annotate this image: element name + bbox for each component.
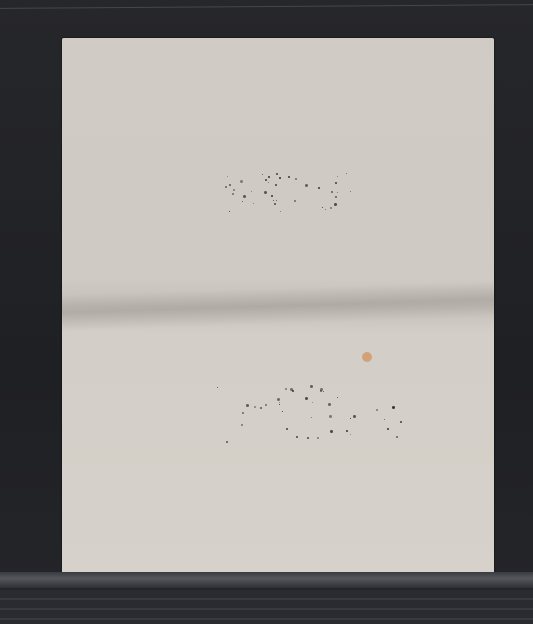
- ink-speck: [307, 437, 309, 439]
- ink-speck: [268, 182, 269, 183]
- ink-speck: [335, 182, 337, 184]
- rust-spot: [362, 352, 372, 362]
- ink-speck: [276, 200, 277, 201]
- ink-speck: [265, 179, 267, 181]
- ink-speck: [317, 437, 319, 439]
- ink-speck: [350, 418, 351, 419]
- stamp-back: [62, 38, 494, 574]
- ink-speck: [320, 390, 322, 392]
- ink-speck: [227, 176, 228, 177]
- ink-speck: [262, 174, 263, 175]
- ink-speck: [242, 412, 244, 414]
- ink-speck: [329, 415, 332, 418]
- ink-speck: [337, 192, 338, 193]
- ink-speck: [288, 176, 290, 178]
- ink-speck: [305, 397, 308, 400]
- ink-speck: [264, 191, 267, 194]
- mount-bottom-ledge: [0, 572, 533, 588]
- ink-speck: [253, 203, 254, 204]
- ink-speck: [240, 180, 243, 183]
- ink-speck: [251, 191, 252, 192]
- ink-speck: [331, 191, 333, 193]
- ink-speck: [275, 184, 277, 186]
- ink-speck: [277, 398, 280, 401]
- ink-speck: [328, 403, 331, 406]
- ink-speck: [233, 189, 235, 191]
- ink-speck: [350, 191, 351, 192]
- ink-speck: [243, 195, 246, 198]
- horizontal-fold: [62, 281, 494, 331]
- ink-speck: [312, 402, 313, 403]
- ink-speck: [282, 411, 283, 412]
- ink-speck: [286, 428, 288, 430]
- ink-speck: [310, 385, 313, 388]
- ink-speck: [229, 184, 231, 186]
- ink-speck: [265, 404, 267, 406]
- ink-speck: [337, 397, 338, 398]
- ink-speck: [296, 436, 298, 438]
- ink-speck: [337, 176, 338, 177]
- ink-speck: [274, 203, 276, 205]
- ink-speck: [217, 387, 218, 388]
- ink-speck: [323, 391, 324, 392]
- ink-speck: [285, 388, 287, 390]
- ink-speck: [242, 201, 243, 202]
- ink-speck: [294, 200, 296, 202]
- ink-speck: [318, 187, 320, 189]
- ink-speck: [295, 178, 297, 180]
- ink-speck: [311, 417, 312, 418]
- ink-speck: [325, 209, 326, 210]
- mount-bottom-lines: [0, 590, 533, 624]
- ink-speck: [279, 404, 280, 405]
- ink-speck: [334, 203, 337, 206]
- ink-speck: [254, 406, 256, 408]
- ink-speck: [280, 211, 281, 212]
- ink-speck: [350, 434, 351, 435]
- ink-speck: [376, 409, 378, 411]
- ink-speck: [246, 404, 249, 407]
- ink-speck: [268, 176, 270, 178]
- ink-speck: [330, 207, 332, 209]
- ink-speck: [276, 173, 278, 175]
- ink-speck: [335, 196, 337, 198]
- ink-speck: [271, 195, 273, 197]
- ink-speck: [232, 193, 234, 195]
- ink-speck: [322, 207, 323, 208]
- ink-speck: [305, 184, 308, 187]
- ink-speck: [279, 177, 281, 179]
- ink-speck: [400, 421, 402, 423]
- ink-speck: [384, 419, 385, 420]
- ink-speck: [273, 200, 274, 201]
- ink-speck: [225, 186, 227, 188]
- ink-speck: [396, 436, 398, 438]
- ink-speck: [392, 406, 395, 409]
- ink-speck: [387, 428, 389, 430]
- ink-speck: [260, 407, 262, 409]
- ink-speck: [226, 441, 228, 443]
- ink-speck: [346, 173, 347, 174]
- ink-speck: [229, 211, 230, 212]
- ink-speck: [330, 430, 333, 433]
- ink-speck: [353, 415, 356, 418]
- ink-speck: [241, 424, 243, 426]
- ink-speck: [346, 430, 348, 432]
